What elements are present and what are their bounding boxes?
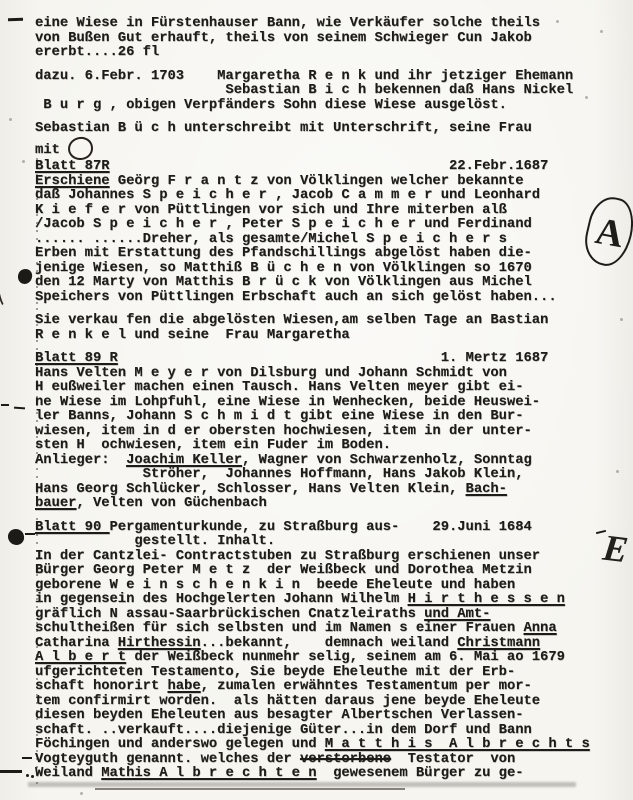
scan-speck [620,318,623,321]
text-segment: jenige Wiesen, so Matthiß B ü c h e n vo… [35,261,532,276]
scan-speck [22,160,25,163]
margin-dash-mark [1,404,9,406]
text-line: Weiland Mathis A l b r e c h t e n gewes… [35,767,631,782]
text-line: Erben mit Erstattung des Pfandschillings… [35,247,631,262]
margin-dash-mark [25,533,35,535]
ink-blot [17,268,34,286]
text-line: Sebastian B i c h bekennen daß Hans Nick… [35,84,631,99]
text-line: von Bußen Gut erhauft, theils von seinem… [35,32,631,47]
entry-blatt-90: Blatt 90 Pergamenturkunde, zu Straßburg … [35,521,631,782]
text-segment: Hans Georg Schlücker, Schlosser, Hans Ve… [35,482,466,497]
text-segment: schultheißen für sich selbsten und im Na… [35,621,524,636]
underlined-text: A l b e r t [35,650,126,665]
margin-paren-curve [0,250,15,309]
text-line: Erschiene Geörg F r a n t z von Völkling… [35,175,631,190]
text-segment: eine Wiese in Fürstenhauser Bann, wie Ve… [35,16,540,31]
margin-dot [26,774,29,777]
text-segment: B u r g , obigen Verpfänders Sohn diese … [35,98,507,113]
scan-speck [600,30,603,33]
text-line: Anlieger: Joachim Keller, Wagner von Sch… [35,454,631,469]
text-line: gestellt. Inhalt. [35,535,631,550]
text-segment: Geörg F r a n t z von Völklingen welcher… [110,174,524,189]
margin-dash-mark [8,18,23,22]
text-segment: H eußweiler machen einen Tausch. Hans Ve… [35,380,524,395]
text-segment: Sebastian B i c h bekennen daß Hans Nick… [35,83,573,98]
underlined-text: habe [167,679,200,694]
underlined-text: Joachim Keller [126,453,242,468]
underlined-text: H i r t h e s s e n [408,592,565,607]
text-line: ler Banns, Johann S c h m i d t gibt ein… [35,410,631,425]
text-line: schultheißen für sich selbsten und im Na… [35,622,631,637]
entry-continuation-wiese: eine Wiese in Fürstenhauser Bann, wie Ve… [35,17,631,61]
double-underline-artifact [95,788,405,790]
scan-speck [585,96,588,99]
text-segment: Föchingen und anderswo gelegen und [35,737,325,752]
text-segment [118,351,441,366]
text-segment: der Weißbeck nunmehr selig, seinem am 6.… [126,650,565,665]
text-line: ne Wiese im Lohpfuhl, eine Wiese in Wenh… [35,396,631,411]
text-segment: R e n k e l und seine Frau Margaretha [35,328,350,343]
text-line: ererbt....26 fl [35,46,631,61]
text-line: Föchingen und anderswo gelegen und M a t… [35,738,631,753]
text-line: Vogteyguth genannt. welches der verstorb… [35,753,631,768]
text-segment: Sie verkau fen die abgelösten Wiesen,am … [35,313,548,328]
text-segment: den 12 Marty von Matthis B r ü c k von V… [35,275,532,290]
text-line: eine Wiese in Fürstenhauser Bann, wie Ve… [35,17,631,32]
text-line: daß Johannes S p e i c h e r , Jacob C a… [35,189,631,204]
text-line: Ströher, Johannes Hoffmann, Hans Jakob K… [35,468,631,483]
text-segment: Testator von [391,752,515,767]
entry-blatt-89r: Blatt 89 R 1. Mertz 1687Hans Velten M e … [35,352,631,512]
text-segment: gewesenem Bürger zu ge- [317,766,524,781]
entry-date: 1. Mertz 1687 [441,351,549,366]
scan-speck [80,792,83,795]
text-line: In der Cantzlei- Contractstuben zu Straß… [35,550,631,565]
handwritten-e-annotation: E [601,530,630,570]
text-line: H eußweiler machen einen Tausch. Hans Ve… [35,381,631,396]
text-segment: , zumalen erwähntes Testamentum per mor- [201,679,532,694]
text-line: ufgerichteten Testamento, Sie beyde Ehel… [35,666,631,681]
text-line: B u r g , obigen Verpfänders Sohn diese … [35,99,631,114]
text-segment: tem confirmirt worden. als hätten daraus… [35,694,540,709]
entry-blatt-87r: Blatt 87R 22.Febr.1687Erschiene Geörg F … [35,160,631,305]
text-segment: K i e f e r von Püttlingen vor sich und … [35,203,507,218]
blatt-heading: Blatt 89 R [35,351,118,366]
text-line: Blatt 89 R 1. Mertz 1687 [35,352,631,367]
underlined-text: Anna [524,621,557,636]
text-line: jenige Wiesen, so Matthiß B ü c h e n vo… [35,262,631,277]
blatt-heading: Blatt 90 [35,520,110,535]
text-line: sten H ochwiesen, item ein Fuder im Bode… [35,439,631,454]
text-line: diesen beyden Eheleuten aus besagter Alb… [35,709,631,724]
text-segment: von Bußen Gut erhauft, theils von seinem… [35,31,532,46]
text-line: dazu. 6.Febr. 1703 Margaretha R e n k un… [35,70,631,85]
text-segment: daß Johannes S p e i c h e r , Jacob C a… [35,188,540,203]
text-line: Hans Velten M e y e r von Dilsburg und J… [35,367,631,382]
text-segment: ufgerichteten Testamento, Sie beyde Ehel… [35,665,515,680]
scan-speck [556,20,559,23]
margin-dot [31,775,34,778]
text-line: Hans Georg Schlücker, Schlosser, Hans Ve… [35,483,631,498]
text-line: Blatt 90 Pergamenturkunde, zu Straßburg … [35,521,631,536]
underlined-text: bauer [35,496,76,511]
text-line: K i e f e r von Püttlingen vor sich und … [35,204,631,219]
text-segment: Bürger Georg Peter M e t z der Weißbeck … [35,563,532,578]
text-line: bauer, Velten von Güchenbach [35,497,631,512]
text-segment: wiesen, item in d er obersten hochwiesen… [35,424,532,439]
text-segment: schaft honorirt [35,679,167,694]
text-segment: Weiland [35,766,101,781]
blatt-heading: Blatt 87R [35,159,110,174]
margin-dash-mark [14,407,25,410]
text-segment: ererbt....26 fl [35,45,159,60]
text-line: mit [35,137,631,152]
text-line: gräflich N assau-Saarbrückischen Cnatzle… [35,608,631,623]
text-segment: gräflich N assau-Saarbrückischen Cnatzle… [35,607,424,622]
text-segment: gestellt. Inhalt. [35,534,275,549]
text-segment: in gegensein des Hochgelerten Johann Wil… [35,592,408,607]
text-segment: Vogteyguth genannt. welches der [35,752,300,767]
entry-date: 29.Juni 1684 [432,520,531,535]
text-line: Sebastian B ü c h unterschreibt mit Unte… [35,122,631,137]
underlined-text: Hirthessin [118,636,201,651]
text-segment: schaft. ..verkauft....diejenige Güter...… [35,723,532,738]
text-line: in gegensein des Hochgelerten Johann Wil… [35,593,631,608]
entry-verkauf-note: Sie verkau fen die abgelösten Wiesen,am … [35,314,631,343]
text-segment: Hans Velten M e y e r von Dilsburg und J… [35,366,507,381]
hand-drawn-circle-mark [67,135,94,160]
text-segment: In der Cantzlei- Contractstuben zu Straß… [35,549,540,564]
annotation-letter: A [593,211,627,253]
scanned-page: eine Wiese in Fürstenhauser Bann, wie Ve… [0,0,633,800]
perforation-dotted-line [36,518,38,788]
text-line: Bürger Georg Peter M e t z der Weißbeck … [35,564,631,579]
underlined-text: und Amt- [424,607,490,622]
text-line: ...... ......Dreher, als gesamte/Michel … [35,233,631,248]
text-line: den 12 Marty von Matthis B r ü c k von V… [35,276,631,291]
text-line: schaft honorirt habe, zumalen erwähntes … [35,680,631,695]
entry-addendum-1703: dazu. 6.Febr. 1703 Margaretha R e n k un… [35,70,631,114]
text-segment: Sebastian B ü c h unterschreibt mit Unte… [35,121,532,136]
text-line: geborene W e i n s c h e n k i n beede E… [35,579,631,594]
perforation-dotted-line [36,308,38,514]
margin-dash-mark [0,770,22,773]
perforation-dotted-line [36,158,38,304]
text-line: schaft. ..verkauft....diejenige Güter...… [35,724,631,739]
text-segment: ler Banns, Johann S c h m i d t gibt ein… [35,409,524,424]
text-segment: mit [35,143,68,158]
underlined-text: Christmann [457,636,540,651]
scan-speck [9,118,12,121]
text-segment: Speichers von Püttlingen Erbschaft auch … [35,290,557,305]
text-segment: Pergamenturkunde, zu Straßburg aus- [110,520,433,535]
text-line: R e n k e l und seine Frau Margaretha [35,329,631,344]
underlined-text: Mathis A l b r e c h t e n [101,766,316,781]
text-segment: ...bekannt, demnach weiland [201,636,458,651]
underlined-text: Bach- [466,482,507,497]
text-line: Sie verkau fen die abgelösten Wiesen,am … [35,314,631,329]
text-segment: verstorbene [300,752,391,767]
text-segment: Catharina [35,636,118,651]
scan-artifact-band [28,782,576,787]
underlined-text: Erschiene [35,174,110,189]
text-line: A l b e r t der Weißbeck nunmehr selig, … [35,651,631,666]
text-segment: geborene W e i n s c h e n k i n beede E… [35,578,515,593]
text-segment: diesen beyden Eheleuten aus besagter Alb… [35,708,524,723]
scan-speck [616,470,619,473]
text-line: Speichers von Püttlingen Erbschaft auch … [35,291,631,306]
text-line: /Jacob S p e i c h e r , Peter S p e i c… [35,218,631,233]
text-segment: dazu. 6.Febr. 1703 Margaretha R e n k un… [35,69,573,84]
entry-signature-note: Sebastian B ü c h unterschreibt mit Unte… [35,122,631,151]
margin-dash-mark [22,757,32,759]
ink-blot [7,528,25,546]
text-segment: Erben mit Erstattung des Pfandschillings… [35,246,532,261]
text-segment: , Velten von Güchenbach [76,496,266,511]
text-segment: Anlieger: [35,453,126,468]
text-segment: Ströher, Johannes Hoffmann, Hans Jakob K… [35,467,524,482]
typewritten-document: eine Wiese in Fürstenhauser Bann, wie Ve… [35,17,631,782]
text-segment [110,159,449,174]
text-line: tem confirmirt worden. als hätten daraus… [35,695,631,710]
text-line: wiesen, item in d er obersten hochwiesen… [35,425,631,440]
underlined-text: M a t t h i s A l b r e c h t s [325,737,590,752]
text-segment: /Jacob S p e i c h e r , Peter S p e i c… [35,217,532,232]
text-segment: , Wagner von Schwarzenholz, Sonntag [242,453,532,468]
text-line: Catharina Hirthessin...bekannt, demnach … [35,637,631,652]
text-line: Blatt 87R 22.Febr.1687 [35,160,631,175]
text-segment: sten H ochwiesen, item ein Fuder im Bode… [35,438,391,453]
text-segment: ...... ......Dreher, als gesamte/Michel … [35,232,507,247]
text-segment: ne Wiese im Lohpfuhl, eine Wiese in Wenh… [35,395,540,410]
entry-date: 22.Febr.1687 [449,159,548,174]
